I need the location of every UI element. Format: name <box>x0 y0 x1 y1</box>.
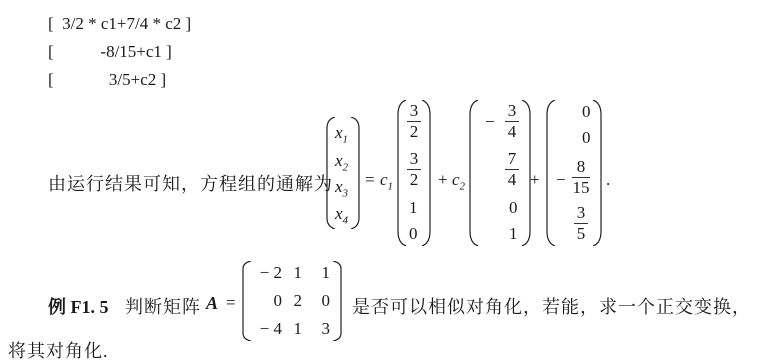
a33: 3 <box>312 319 330 339</box>
x2: x2 <box>335 151 348 177</box>
plus-sign-1: + <box>438 170 448 190</box>
code-output-line-1: [ 3/2 * c1+7/4 * c2 ] <box>48 14 191 34</box>
a32: 1 <box>288 319 302 339</box>
right-paren-icon <box>421 100 431 246</box>
v3-entry-3-sign: − <box>556 170 566 190</box>
v3-entry-3: 815 <box>572 158 590 197</box>
left-paren-icon <box>546 100 556 246</box>
code-output-line-3: [ 3/5+c2 ] <box>48 70 166 90</box>
a23: 0 <box>312 291 330 311</box>
a13: 1 <box>312 263 330 283</box>
vector-3: 0 0 − 815 35 <box>546 100 602 246</box>
v2-entry-2: 74 <box>505 150 519 189</box>
a22: 2 <box>288 291 302 311</box>
left-paren-icon <box>397 100 407 246</box>
v1-entry-1: 32 <box>407 102 421 141</box>
v3-entry-2: 0 <box>582 128 591 148</box>
a12: 1 <box>288 263 302 283</box>
v1-entry-2: 32 <box>407 150 421 189</box>
x-vector: x1 x2 x3 x4 <box>326 117 360 229</box>
v2-entry-3: 0 <box>509 198 518 218</box>
example-label: 例 F1. 5 <box>48 293 109 319</box>
v3-entry-1: 0 <box>582 102 591 122</box>
v2-entry-1-sign: − <box>485 112 495 132</box>
right-paren-icon <box>350 117 360 229</box>
vector-2: − 34 74 0 1 <box>469 100 531 246</box>
matrix-A: − 2 1 1 0 2 0 − 4 1 3 <box>242 261 342 341</box>
vector-1: 32 32 1 0 <box>397 100 431 246</box>
a31: − 4 <box>248 319 282 339</box>
a21: 0 <box>248 291 282 311</box>
example-text-after: 是否可以相似对角化，若能，求一个正交变换， <box>352 293 751 319</box>
left-paren-icon <box>469 100 479 246</box>
x3: x3 <box>335 177 348 203</box>
v1-entry-4: 0 <box>409 224 418 244</box>
x4: x4 <box>335 204 348 230</box>
example-text-continued: 将其对角化. <box>8 337 109 363</box>
solution-intro-text: 由运行结果可知，方程组的通解为 <box>48 170 333 196</box>
matrix-equals: = <box>226 293 236 313</box>
v2-entry-4: 1 <box>509 224 518 244</box>
v2-entry-1: 34 <box>505 102 519 141</box>
matrix-name: A <box>206 293 218 314</box>
plus-sign-2: + <box>530 170 540 190</box>
v1-entry-3: 1 <box>409 198 418 218</box>
coef-c1: c1 <box>380 170 393 192</box>
right-paren-icon <box>592 100 602 246</box>
coef-c2: c2 <box>452 170 465 192</box>
x1: x1 <box>335 123 348 149</box>
code-output-line-2: [ -8/15+c1 ] <box>48 42 172 62</box>
example-text-before: 判断矩阵 <box>125 293 201 319</box>
v3-entry-4: 35 <box>574 204 588 243</box>
end-period: . <box>606 170 610 190</box>
right-paren-icon <box>332 261 342 341</box>
equals-sign: = <box>365 170 375 190</box>
a11: − 2 <box>248 263 282 283</box>
